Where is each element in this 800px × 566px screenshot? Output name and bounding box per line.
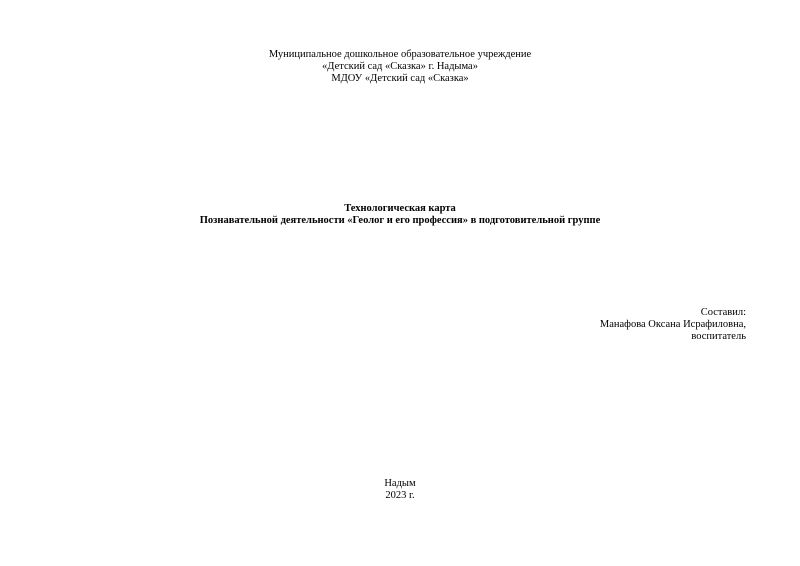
author-position: воспитатель	[600, 331, 746, 343]
author-block: Составил: Манафова Оксана Исрафиловна, в…	[600, 307, 746, 343]
city: Надым	[0, 478, 800, 490]
author-name: Манафова Оксана Исрафиловна,	[600, 319, 746, 331]
author-label: Составил:	[600, 307, 746, 319]
institution-full-name: «Детский сад «Сказка» г. Надыма»	[0, 61, 800, 73]
institution-header: Муниципальное дошкольное образовательное…	[0, 49, 800, 85]
institution-name: Муниципальное дошкольное образовательное…	[0, 49, 800, 61]
year: 2023 г.	[0, 490, 800, 502]
document-title: Технологическая карта Познавательной дея…	[0, 203, 800, 227]
institution-short-name: МДОУ «Детский сад «Сказка»	[0, 73, 800, 85]
title-subheading: Познавательной деятельности «Геолог и ег…	[0, 215, 800, 227]
footer-block: Надым 2023 г.	[0, 478, 800, 502]
title-heading: Технологическая карта	[0, 203, 800, 215]
